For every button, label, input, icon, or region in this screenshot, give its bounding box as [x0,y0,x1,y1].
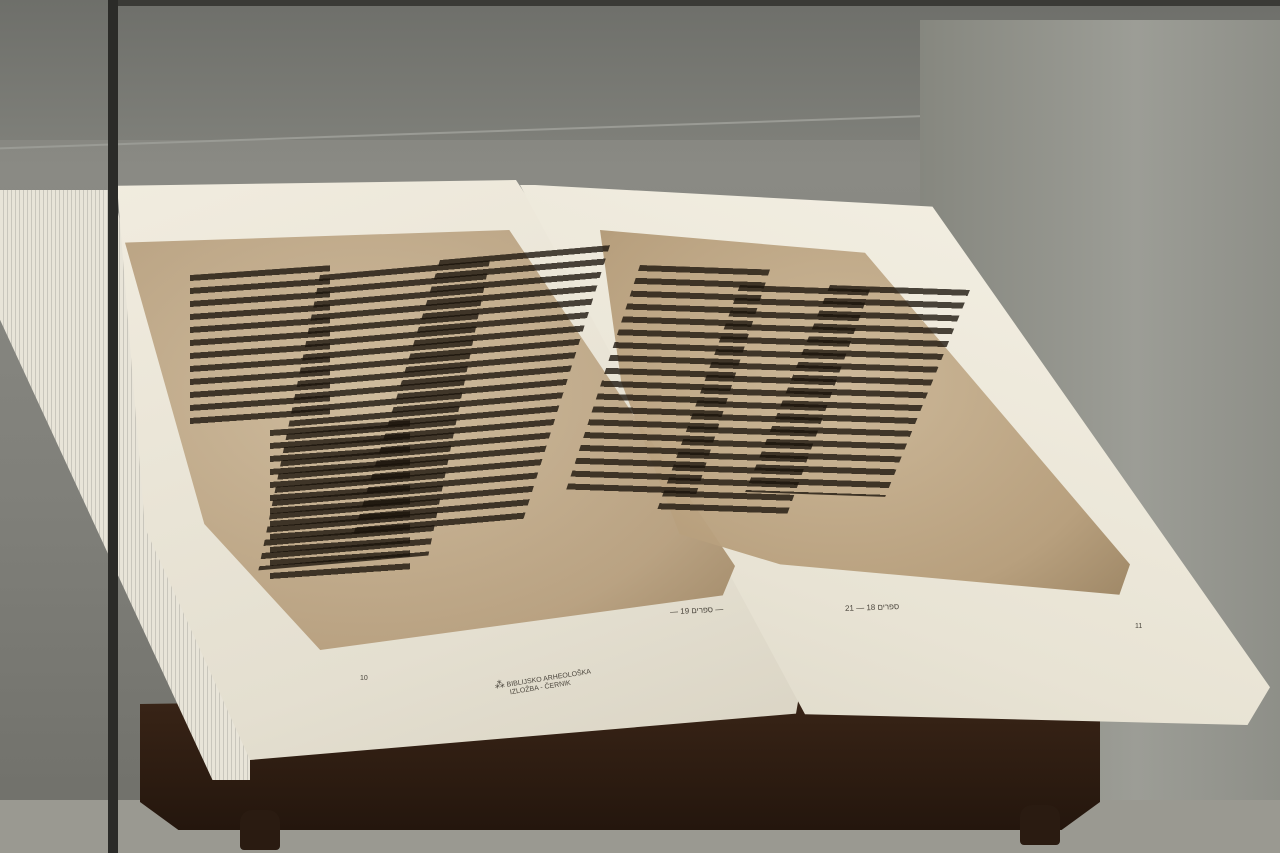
right-page-number: 11 [1135,623,1142,630]
vitrine-glass-top-edge [118,0,1280,6]
stand-leg-left [240,810,280,850]
right-page-footer: ספרים 18 — 21 [845,602,899,613]
left-page-number: 10 [360,675,368,682]
vitrine-glass-frame [108,0,118,853]
stand-leg-right [1020,805,1060,845]
